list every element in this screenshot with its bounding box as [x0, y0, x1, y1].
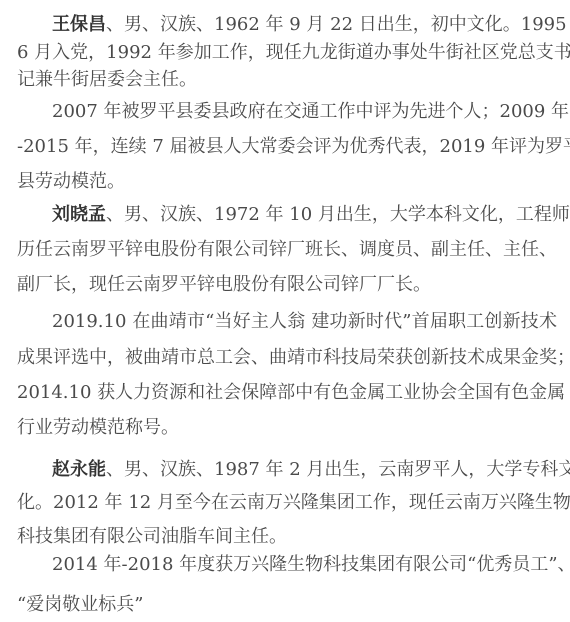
- person-name-liu-xiaomeng: 刘晓孟: [52, 204, 106, 225]
- paragraph-1-line-3: 记兼牛街居委会主任。: [17, 69, 557, 91]
- paragraph-5-line-2: 化。2012 年 12 月至今在云南万兴隆集团工作，现任云南万兴隆生物: [17, 492, 557, 514]
- paragraph-4-line-4: 行业劳动模范称号。: [17, 417, 557, 439]
- paragraph-3-line-1: 刘晓孟、男、汉族、1972 年 10 月出生，大学本科文化，工程师。: [52, 204, 557, 226]
- paragraph-5-line-3: 科技集团有限公司油脂车间主任。: [17, 526, 557, 548]
- paragraph-1-line-2: 6 月入党，1992 年参加工作，现任九龙街道办事处牛街社区党总支书: [17, 42, 557, 64]
- paragraph-2-line-1: 2007 年被罗平县委县政府在交通工作中评为先进个人；2009 年: [52, 101, 557, 123]
- paragraph-3-line-3: 副厂长，现任云南罗平锌电股份有限公司锌厂厂长。: [17, 274, 557, 296]
- paragraph-2-line-3: 县劳动模范。: [17, 171, 557, 193]
- paragraph-6-line-1: 2014 年-2018 年度获万兴隆生物科技集团有限公司“优秀员工”、: [52, 554, 557, 576]
- paragraph-4-line-2: 成果评选中，被曲靖市总工会、曲靖市科技局荣获创新技术成果金奖；: [17, 347, 557, 369]
- paragraph-6-line-2: “爱岗敬业标兵”: [17, 594, 557, 616]
- paragraph-4-line-3: 2014.10 获人力资源和社会保障部中有色金属工业协会全国有色金属: [17, 382, 557, 404]
- paragraph-4-line-1: 2019.10 在曲靖市“当好主人翁 建功新时代”首届职工创新技术: [52, 311, 557, 333]
- text: 、男、汉族、1972 年 10 月出生，大学本科文化，工程师。: [106, 204, 570, 225]
- person-name-zhao-yongneng: 赵永能: [52, 459, 106, 480]
- text: 、男、汉族、1962 年 9 月 22 日出生，初中文化。1995 年: [106, 14, 570, 35]
- paragraph-2-line-2: -2015 年，连续 7 届被县人大常委会评为优秀代表，2019 年评为罗平: [17, 136, 557, 158]
- person-name-wang-baochang: 王保昌: [52, 14, 106, 35]
- paragraph-3-line-2: 历任云南罗平锌电股份有限公司锌厂班长、调度员、副主任、主任、: [17, 239, 557, 261]
- paragraph-1-line-1: 王保昌、男、汉族、1962 年 9 月 22 日出生，初中文化。1995 年: [52, 14, 557, 36]
- paragraph-5-line-1: 赵永能、男、汉族、1987 年 2 月出生，云南罗平人，大学专科文: [52, 459, 557, 481]
- text: 、男、汉族、1987 年 2 月出生，云南罗平人，大学专科文: [106, 459, 570, 480]
